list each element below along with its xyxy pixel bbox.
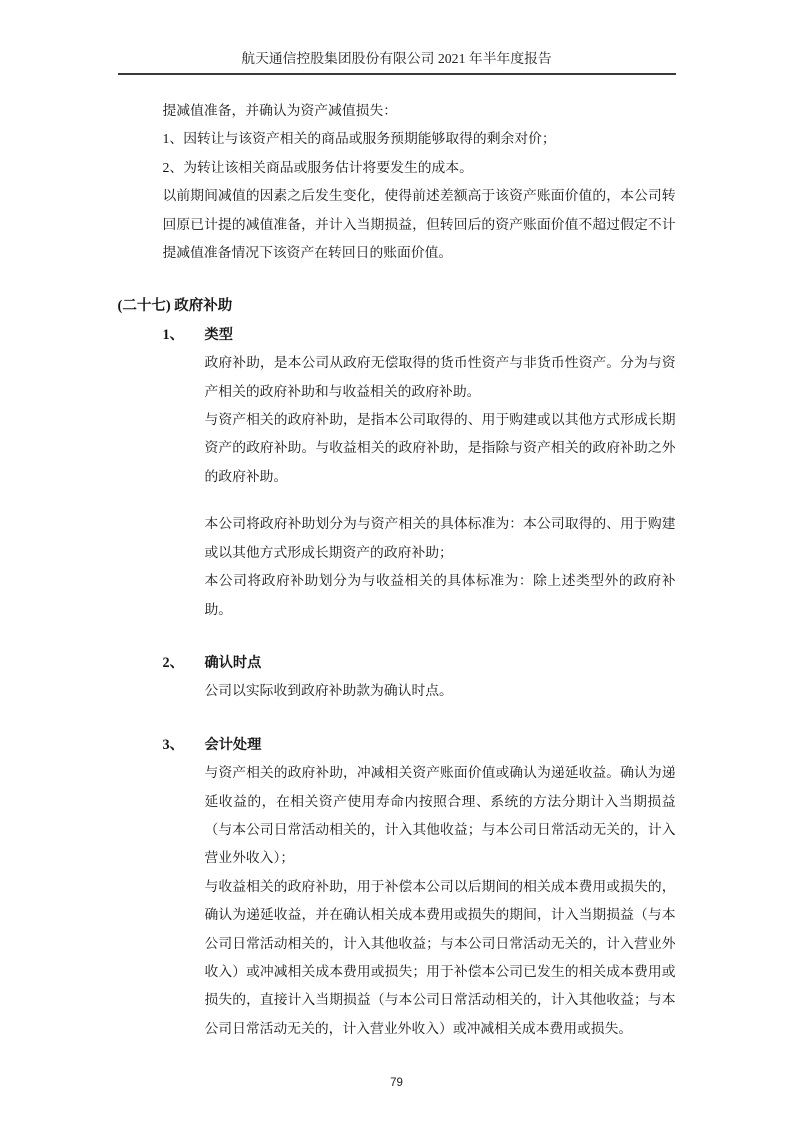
item-number: 2、 [163, 649, 205, 677]
item-number: 3、 [163, 731, 205, 759]
page-content: 提减值准备，并确认为资产减值损失： 1、因转让与该资产相关的商品或服务预期能够取… [118, 97, 676, 1043]
paragraph: 政府补助，是本公司从政府无偿取得的货币性资产与非货币性资产。分为与资产相关的政府… [205, 349, 676, 406]
item-heading: 1、 类型 [163, 321, 676, 349]
item-body: 公司以实际收到政府补助款为确认时点。 [205, 677, 676, 705]
report-page: 航天通信控股集团股份有限公司 2021 年半年度报告 提减值准备，并确认为资产减… [0, 0, 793, 1122]
paragraph-group: 政府补助，是本公司从政府无偿取得的货币性资产与非货币性资产。分为与资产相关的政府… [205, 349, 676, 491]
numbered-item-accounting-treatment: 3、 会计处理 与资产相关的政府补助，冲减相关资产账面价值或确认为递延收益。确认… [118, 731, 676, 1043]
continued-text-block: 提减值准备，并确认为资产减值损失： 1、因转让与该资产相关的商品或服务预期能够取… [163, 97, 676, 267]
item-body: 政府补助，是本公司从政府无偿取得的货币性资产与非货币性资产。分为与资产相关的政府… [205, 349, 676, 624]
numbered-item-recognition-time: 2、 确认时点 公司以实际收到政府补助款为确认时点。 [118, 649, 676, 706]
item-title: 会计处理 [205, 731, 262, 759]
item-heading: 3、 会计处理 [163, 731, 676, 759]
paragraph: 与资产相关的政府补助，是指本公司取得的、用于购建或以其他方式形成长期资产的政府补… [205, 406, 676, 491]
paragraph: 提减值准备，并确认为资产减值损失： [163, 97, 676, 125]
paragraph-group: 本公司将政府补助划分为与资产相关的具体标准为：本公司取得的、用于购建或以其他方式… [205, 510, 676, 624]
paragraph: 以前期间减值的因素之后发生变化，使得前述差额高于该资产账面价值的，本公司转回原已… [163, 182, 676, 267]
paragraph: 本公司将政府补助划分为与收益相关的具体标准为：除上述类型外的政府补助。 [205, 567, 676, 624]
list-item-text: 2、为转让该相关商品或服务估计将要发生的成本。 [163, 154, 676, 182]
page-footer: 79 [0, 1077, 793, 1089]
item-title: 确认时点 [205, 649, 262, 677]
section-heading: (二十七) 政府补助 [118, 292, 676, 320]
report-title: 航天通信控股集团股份有限公司 2021 年半年度报告 [241, 51, 551, 66]
paragraph: 公司以实际收到政府补助款为确认时点。 [205, 677, 676, 705]
list-item-text: 1、因转让与该资产相关的商品或服务预期能够取得的剩余对价； [163, 125, 676, 153]
paragraph-group: 公司以实际收到政府补助款为确认时点。 [205, 677, 676, 705]
item-heading: 2、 确认时点 [163, 649, 676, 677]
numbered-item-type: 1、 类型 政府补助，是本公司从政府无偿取得的货币性资产与非货币性资产。分为与资… [118, 321, 676, 624]
paragraph: 本公司将政府补助划分为与资产相关的具体标准为：本公司取得的、用于购建或以其他方式… [205, 510, 676, 567]
paragraph: 与收益相关的政府补助，用于补偿本公司以后期间的相关成本费用或损失的，确认为递延收… [205, 873, 676, 1043]
item-body: 与资产相关的政府补助，冲减相关资产账面价值或确认为递延收益。确认为递延收益的，在… [205, 759, 676, 1043]
page-number: 79 [390, 1077, 403, 1089]
item-title: 类型 [205, 321, 233, 349]
paragraph-group: 与资产相关的政府补助，冲减相关资产账面价值或确认为递延收益。确认为递延收益的，在… [205, 759, 676, 1043]
paragraph: 与资产相关的政府补助，冲减相关资产账面价值或确认为递延收益。确认为递延收益的，在… [205, 759, 676, 873]
item-number: 1、 [163, 321, 205, 349]
page-header: 航天通信控股集团股份有限公司 2021 年半年度报告 [118, 0, 676, 75]
